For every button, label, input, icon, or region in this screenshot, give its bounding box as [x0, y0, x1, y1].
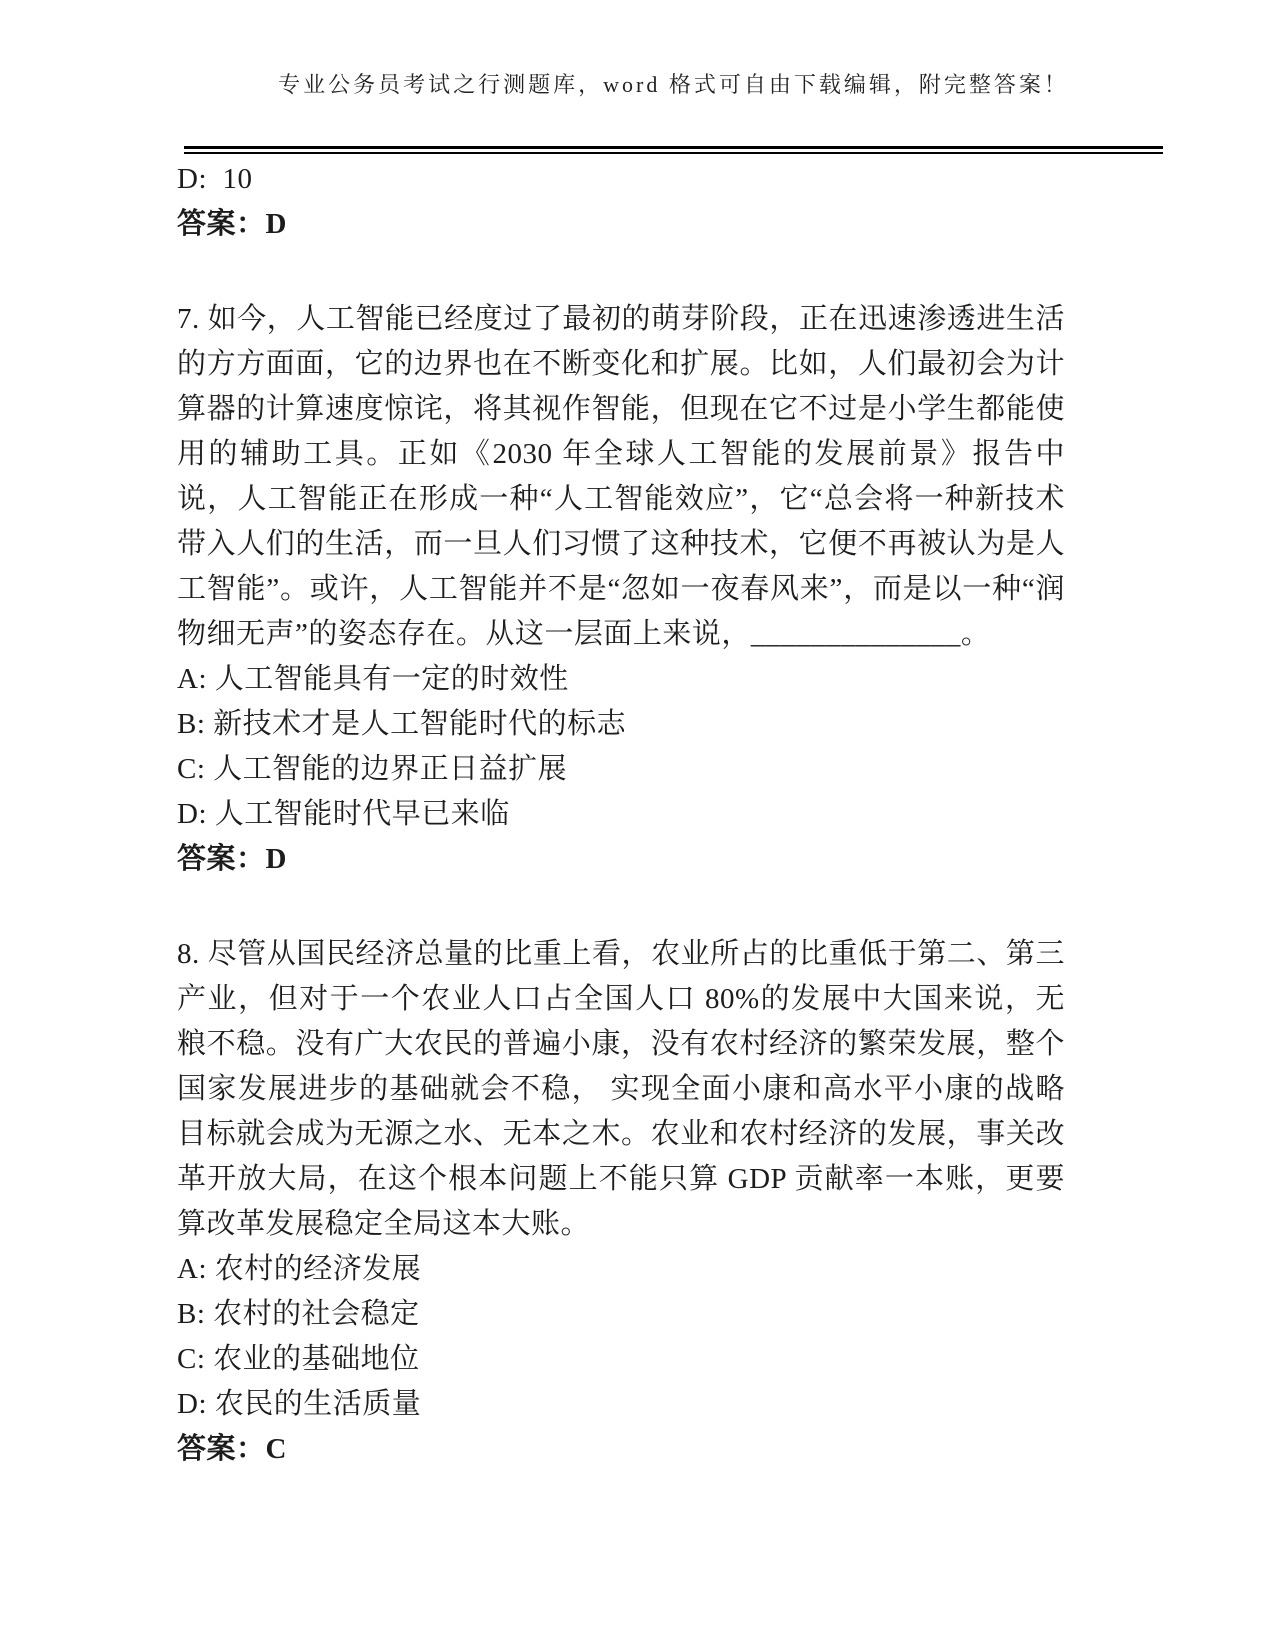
- question-7-option-c: C: 人工智能的边界正日益扩展: [177, 747, 1065, 792]
- question-8-answer: 答案：C: [177, 1427, 1065, 1472]
- document-body: D: 10 答案：D 7. 如今，人工智能已经度过了最初的萌芽阶段，正在迅速渗透…: [177, 157, 1065, 1472]
- question-7-option-d: D: 人工智能时代早已来临: [177, 792, 1065, 837]
- question-8-option-b: B: 农村的社会稳定: [177, 1292, 1065, 1337]
- question-7: 7. 如今，人工智能已经度过了最初的萌芽阶段，正在迅速渗透进生活的方方面面，它的…: [177, 297, 1065, 882]
- prev-question-answer: 答案：D: [177, 202, 1065, 247]
- question-8: 8. 尽管从国民经济总量的比重上看，农业所占的比重低于第二、第三产业，但对于一个…: [177, 932, 1065, 1472]
- question-8-option-a: A: 农村的经济发展: [177, 1247, 1065, 1292]
- question-8-stem: 8. 尽管从国民经济总量的比重上看，农业所占的比重低于第二、第三产业，但对于一个…: [177, 932, 1065, 1247]
- question-7-option-a: A: 人工智能具有一定的时效性: [177, 657, 1065, 702]
- prev-question-option-d: D: 10: [177, 157, 1065, 202]
- header-double-rule: [184, 146, 1163, 154]
- question-7-stem: 7. 如今，人工智能已经度过了最初的萌芽阶段，正在迅速渗透进生活的方方面面，它的…: [177, 297, 1065, 657]
- header-title: 专业公务员考试之行测题库，word 格式可自由下载编辑，附完整答案！: [184, 70, 1163, 100]
- document-page: 专业公务员考试之行测题库，word 格式可自由下载编辑，附完整答案！ D: 10…: [0, 0, 1275, 1650]
- question-8-option-d: D: 农民的生活质量: [177, 1382, 1065, 1427]
- question-8-option-c: C: 农业的基础地位: [177, 1337, 1065, 1382]
- question-7-answer: 答案：D: [177, 837, 1065, 882]
- page-header: 专业公务员考试之行测题库，word 格式可自由下载编辑，附完整答案！: [184, 0, 1163, 154]
- question-7-option-b: B: 新技术才是人工智能时代的标志: [177, 702, 1065, 747]
